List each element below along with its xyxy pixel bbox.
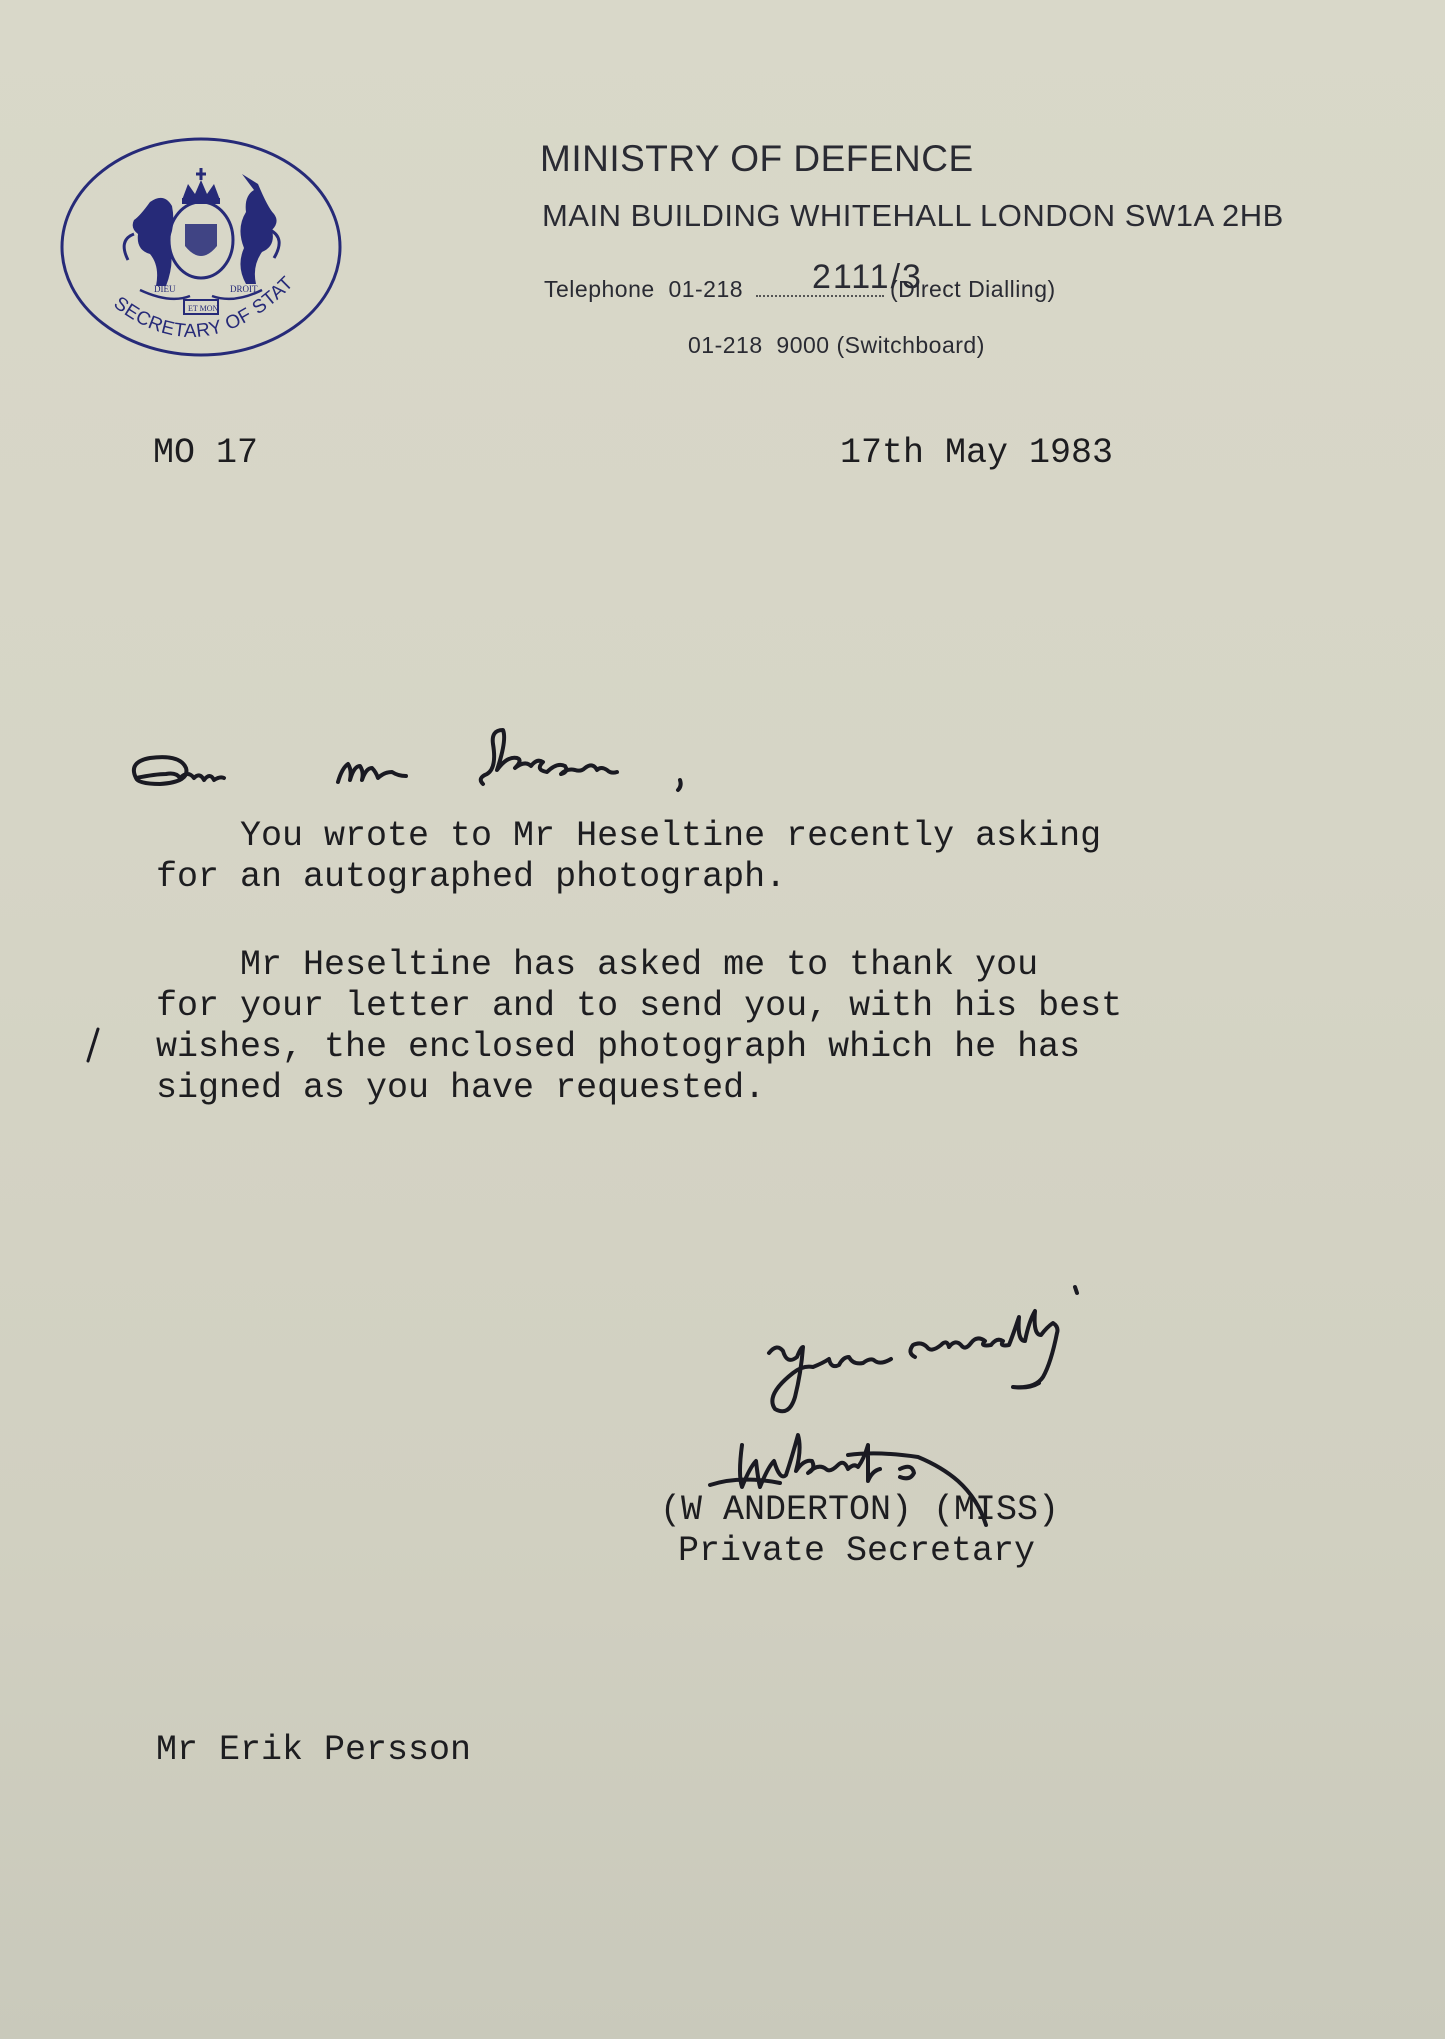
reference-number: MO 17 [153,433,258,474]
closing-handwriting-icon [755,1275,1235,1435]
svg-text:DIEU: DIEU [154,284,176,294]
royal-coat-of-arms-icon: DIEU ET MON DROIT SECRETARY OF STATE [58,132,344,362]
salutation-handwriting-icon [128,700,748,800]
switchboard-line: 01-218 9000 (Switchboard) [688,332,985,359]
pen-tick-icon [82,1025,102,1065]
letter-date: 17th May 1983 [840,433,1113,474]
body-paragraph-2: Mr Heseltine has asked me to thank you f… [156,945,1122,1109]
signatory-name: (W ANDERTON) (MISS) [660,1490,1059,1531]
handwritten-closing [755,1275,1235,1435]
handwritten-salutation [128,700,748,800]
direct-extension: 2111/3 [812,258,923,297]
svg-text:DROIT: DROIT [230,284,258,294]
organization-name: MINISTRY OF DEFENCE [540,138,974,180]
margin-tick-mark [82,1025,102,1065]
telephone-prefix: 01-218 [668,276,743,302]
body-paragraph-1: You wrote to Mr Heseltine recently askin… [156,816,1101,898]
switchboard-number: 9000 [776,332,829,358]
telephone-line: Telephone 01-218 (Direct Dialling) [544,276,1056,303]
secretary-of-state-crest: DIEU ET MON DROIT SECRETARY OF STATE [58,132,344,362]
svg-text:ET MON: ET MON [188,304,219,313]
organization-address: MAIN BUILDING WHITEHALL LONDON SW1A 2HB [542,198,1284,234]
recipient-name: Mr Erik Persson [156,1730,471,1771]
signatory-title: Private Secretary [678,1531,1035,1572]
switchboard-label: (Switchboard) [836,332,984,358]
telephone-label: Telephone [544,276,655,302]
switchboard-prefix: 01-218 [688,332,763,358]
